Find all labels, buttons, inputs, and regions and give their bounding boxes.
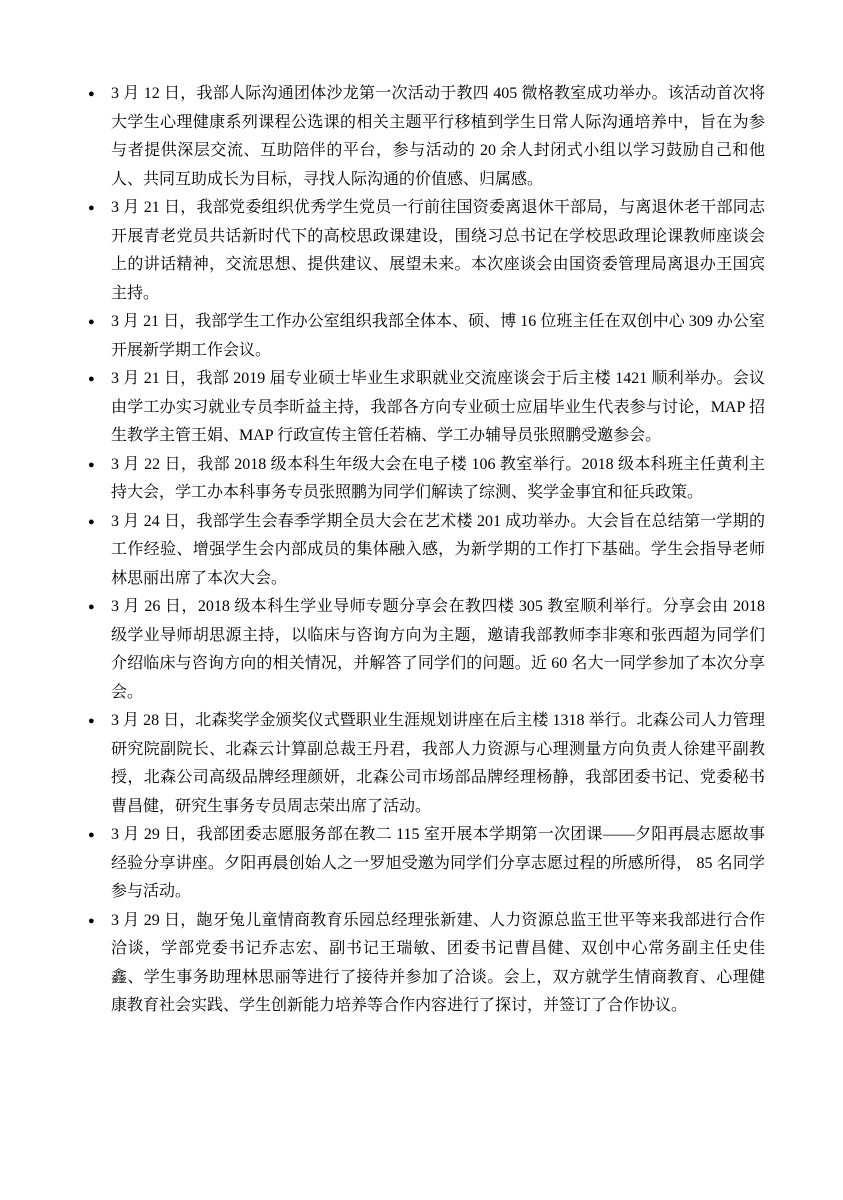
- document-page: ● 3 月 12 日，我部人际沟通团体沙龙第一次活动于教四 405 微格教室成功…: [0, 0, 843, 1200]
- bullet-icon: ●: [88, 308, 111, 337]
- list-item: ● 3 月 28 日，北森奖学金颁奖仪式暨职业生涯规划讲座在后主楼 1318 举…: [88, 707, 765, 821]
- bullet-icon: ●: [88, 907, 111, 936]
- list-item-text: 3 月 21 日，我部学生工作办公室组织我部全体本、硕、博 16 位班主任在双创…: [111, 308, 765, 365]
- list-item: ● 3 月 29 日，龅牙兔儿童情商教育乐园总经理张新建、人力资源总监王世平等来…: [88, 907, 765, 1021]
- list-item-text: 3 月 12 日，我部人际沟通团体沙龙第一次活动于教四 405 微格教室成功举办…: [111, 80, 765, 194]
- list-item-text: 3 月 22 日，我部 2018 级本科生年级大会在电子楼 106 教室举行。2…: [111, 451, 765, 508]
- list-item: ● 3 月 24 日，我部学生会春季学期全员大会在艺术楼 201 成功举办。大会…: [88, 508, 765, 594]
- list-item-text: 3 月 28 日，北森奖学金颁奖仪式暨职业生涯规划讲座在后主楼 1318 举行。…: [111, 707, 765, 821]
- list-item: ● 3 月 21 日，我部学生工作办公室组织我部全体本、硕、博 16 位班主任在…: [88, 308, 765, 365]
- list-item-text: 3 月 21 日，我部党委组织优秀学生党员一行前往国资委离退休干部局，与离退休老…: [111, 194, 765, 308]
- list-item-text: 3 月 24 日，我部学生会春季学期全员大会在艺术楼 201 成功举办。大会旨在…: [111, 508, 765, 594]
- list-item: ● 3 月 26 日，2018 级本科生学业导师专题分享会在教四楼 305 教室…: [88, 593, 765, 707]
- event-list: ● 3 月 12 日，我部人际沟通团体沙龙第一次活动于教四 405 微格教室成功…: [88, 80, 765, 1021]
- list-item: ● 3 月 21 日，我部党委组织优秀学生党员一行前往国资委离退休干部局，与离退…: [88, 194, 765, 308]
- bullet-icon: ●: [88, 451, 111, 480]
- bullet-icon: ●: [88, 365, 111, 394]
- list-item-text: 3 月 21 日，我部 2019 届专业硕士毕业生求职就业交流座谈会于后主楼 1…: [111, 365, 765, 451]
- bullet-icon: ●: [88, 194, 111, 223]
- list-item: ● 3 月 29 日，我部团委志愿服务部在教二 115 室开展本学期第一次团课—…: [88, 821, 765, 907]
- list-item-text: 3 月 26 日，2018 级本科生学业导师专题分享会在教四楼 305 教室顺利…: [111, 593, 765, 707]
- bullet-icon: ●: [88, 707, 111, 736]
- document-body: ● 3 月 12 日，我部人际沟通团体沙龙第一次活动于教四 405 微格教室成功…: [0, 0, 843, 1021]
- list-item: ● 3 月 21 日，我部 2019 届专业硕士毕业生求职就业交流座谈会于后主楼…: [88, 365, 765, 451]
- bullet-icon: ●: [88, 593, 111, 622]
- bullet-icon: ●: [88, 80, 111, 109]
- list-item: ● 3 月 22 日，我部 2018 级本科生年级大会在电子楼 106 教室举行…: [88, 451, 765, 508]
- bullet-icon: ●: [88, 508, 111, 537]
- bullet-icon: ●: [88, 821, 111, 850]
- list-item: ● 3 月 12 日，我部人际沟通团体沙龙第一次活动于教四 405 微格教室成功…: [88, 80, 765, 194]
- list-item-text: 3 月 29 日，我部团委志愿服务部在教二 115 室开展本学期第一次团课——夕…: [111, 821, 765, 907]
- list-item-text: 3 月 29 日，龅牙兔儿童情商教育乐园总经理张新建、人力资源总监王世平等来我部…: [111, 907, 765, 1021]
